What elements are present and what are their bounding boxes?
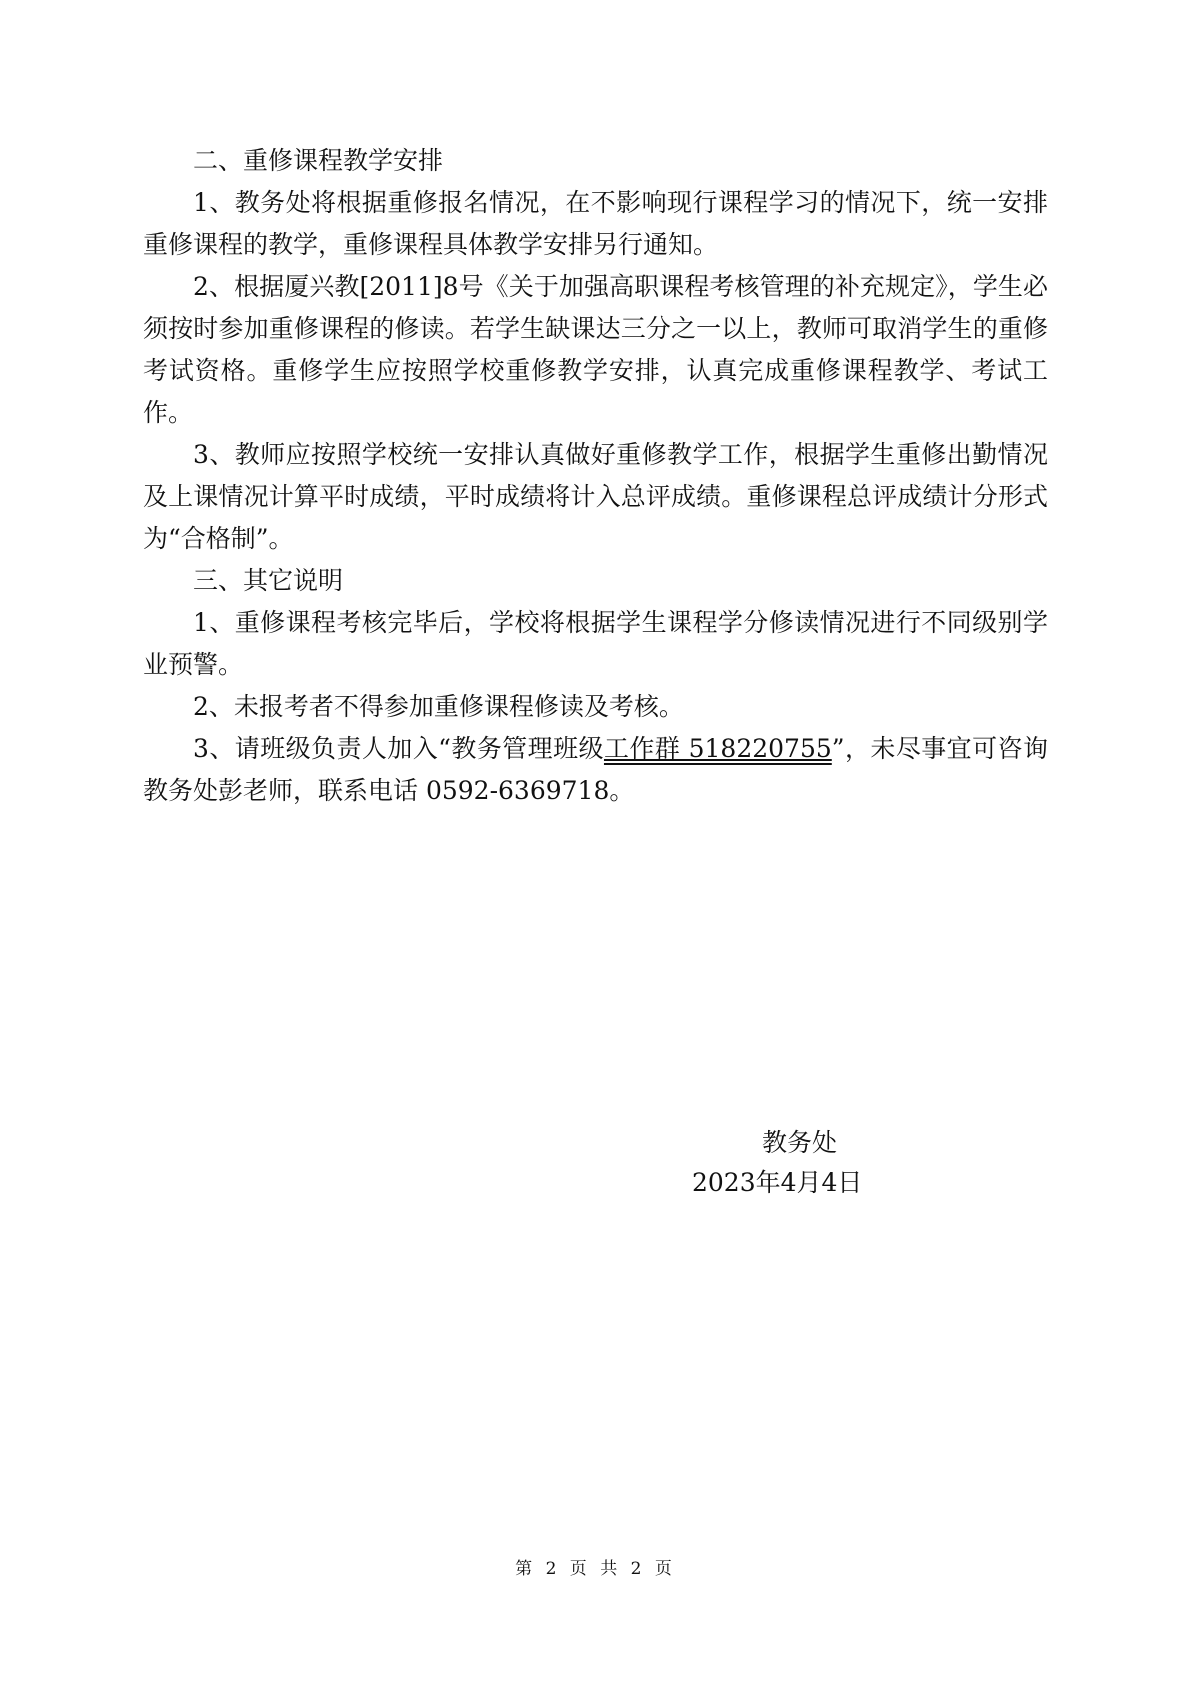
document-page: 二、重修课程教学安排 1、教务处将根据重修报名情况，在不影响现行课程学习的情况下… <box>0 0 1191 1684</box>
paragraph: 3、请班级负责人加入“教务管理班级工作群 518220755”，未尽事宜可咨询教… <box>143 728 1048 812</box>
paragraph: 2、未报考者不得参加重修课程修读及考核。 <box>143 686 1048 728</box>
signature-date: 2023年4月4日 <box>692 1162 862 1204</box>
paragraph: 1、教务处将根据重修报名情况，在不影响现行课程学习的情况下，统一安排重修课程的教… <box>143 182 1048 266</box>
document-body: 二、重修课程教学安排 1、教务处将根据重修报名情况，在不影响现行课程学习的情况下… <box>143 140 1048 812</box>
paragraph: 1、重修课程考核完毕后，学校将根据学生课程学分修读情况进行不同级别学业预警。 <box>143 602 1048 686</box>
page-footer: 第 2 页 共 2 页 <box>0 1554 1191 1579</box>
section-heading: 二、重修课程教学安排 <box>143 140 1048 182</box>
group-number-underlined: 工作群 518220755 <box>604 734 832 763</box>
paragraph: 2、根据厦兴教[2011]8号《关于加强高职课程考核管理的补充规定》，学生必须按… <box>143 266 1048 434</box>
paragraph-text: 3、请班级负责人加入“教务管理班级 <box>193 734 604 763</box>
paragraph: 3、教师应按照学校统一安排认真做好重修教学工作，根据学生重修出勤情况及上课情况计… <box>143 434 1048 560</box>
signature-org: 教务处 <box>762 1122 837 1164</box>
section-heading: 三、其它说明 <box>143 560 1048 602</box>
